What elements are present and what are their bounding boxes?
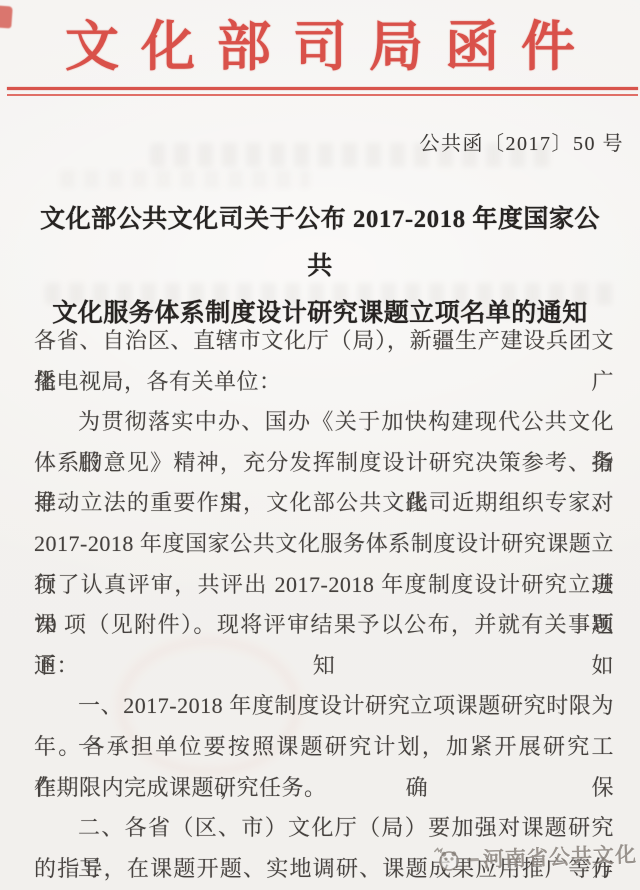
document-number: 公共函〔2017〕50 号 [420,127,625,156]
body-line: 体系的意见》精神，充分发挥制度设计研究决策参考、指导实践、 [34,443,614,484]
letterhead-title: 文化部司局函件 [0,4,640,81]
body-line: 70 项（见附件）。现将评审结果予以公布，并就有关事项通知如 [34,605,614,646]
divider-thin-line [7,94,638,96]
bleed-through-ghost-text [60,170,310,188]
body-line: 一、2017-2018 年度制度设计研究立项课题研究时限为一 [34,686,614,727]
watermark-text: 河南省公共文化 [483,838,638,873]
body-text: 各省、自治区、直辖市文化厅（局），新疆生产建设兵团文化广播电视局，各有关单位：为… [34,321,614,889]
body-line: 推动立法的重要作用，文化部公共文化司近期组织专家对 [34,483,614,524]
scanned-document-page: 文化部司局函件 公共函〔2017〕50 号 文化部公共文化司关于公布 2017-… [0,0,640,890]
body-line: 各省、自治区、直辖市文化厅（局），新疆生产建设兵团文化广 [34,321,614,362]
body-line: 行了认真评审，共评出 2017-2018 年度制度设计研究立项课题 [34,565,614,606]
body-line: 2017-2018 年度国家公共文化服务体系制度设计研究课题立项进 [34,524,614,565]
notice-title: 文化部公共文化司关于公布 2017-2018 年度国家公共 文化服务体系制度设计… [28,196,612,337]
body-line: 为贯彻落实中办、国办《关于加快构建现代公共文化服务 [34,402,614,443]
watermark-panda-logo-icon [433,847,464,874]
letterhead-divider [7,87,638,96]
watermark-dash [467,857,479,860]
body-line: 年。各承担单位要按照课题研究计划，加紧开展研究工作，确保 [34,727,614,768]
notice-title-line1: 文化部公共文化司关于公布 2017-2018 年度国家公共 [28,196,612,290]
divider-thick-line [7,87,638,90]
